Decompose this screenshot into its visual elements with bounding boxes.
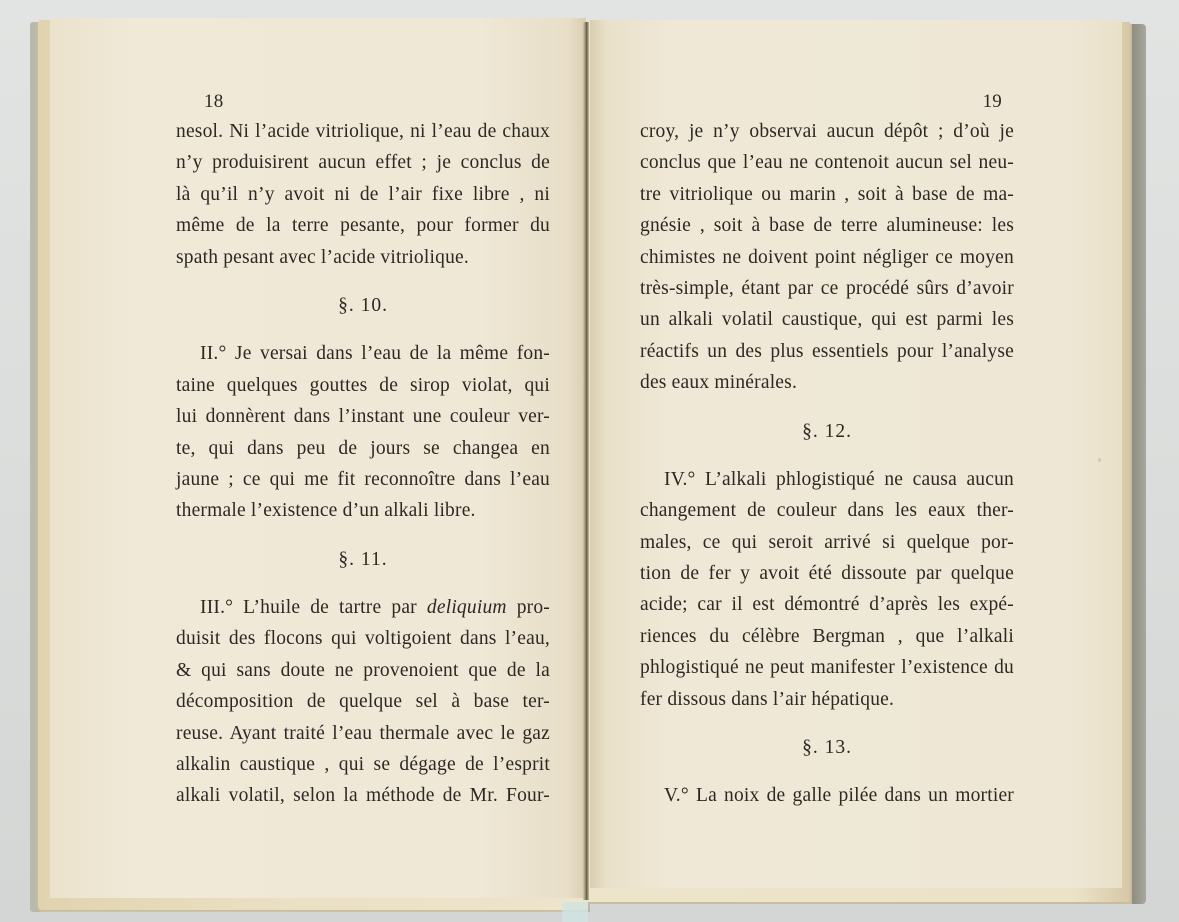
text-line: chimistes ne doivent point négliger ce m… xyxy=(640,242,1014,273)
text-line: très-simple, étant par ce procédé sûrs d… xyxy=(640,273,1014,304)
text-line: des eaux minérales. xyxy=(640,367,1014,398)
text-line: tion de fer y avoit été dissoute par que… xyxy=(640,558,1014,589)
text-line: acide; car il est démontré d’après les e… xyxy=(640,589,1014,620)
text-line: spath pesant avec l’acide vitriolique. xyxy=(176,242,550,273)
ribbon-marker xyxy=(562,902,588,922)
text-line: alkali volatil, selon la méthode de Mr. … xyxy=(176,780,550,811)
page-number-right: 19 xyxy=(640,86,1014,116)
text-line: phlogistiqué ne peut manifester l’existe… xyxy=(640,652,1014,683)
text-line: conclus que l’eau ne contenoit aucun sel… xyxy=(640,147,1014,178)
text-line: alkalin caustique , qui se dégage de l’e… xyxy=(176,749,550,780)
text-line: là qu’il n’y avoit ni de l’air fixe libr… xyxy=(176,179,550,210)
text-line: reuse. Ayant traité l’eau thermale avec … xyxy=(176,718,550,749)
text-line: croy, je n’y observai aucun dépôt ; d’où… xyxy=(640,116,1014,147)
left-page-text: 18 nesol. Ni l’acide vitriolique, ni l’e… xyxy=(176,86,550,812)
text-line: nesol. Ni l’acide vitriolique, ni l’eau … xyxy=(176,116,550,147)
section-heading-11: §. 11. xyxy=(176,544,550,575)
text-line: II.° Je versai dans l’eau de la même fon… xyxy=(176,338,550,369)
text-line: jaune ; ce qui me fit reconnoître dans l… xyxy=(176,464,550,495)
text-line: taine quelques gouttes de sirop violat, … xyxy=(176,370,550,401)
text-line: décomposition de quelque sel à base ter- xyxy=(176,686,550,717)
text-line: un alkali volatil caustique, qui est par… xyxy=(640,304,1014,335)
section-heading-13: §. 13. xyxy=(640,732,1014,763)
text-line: n’y produisirent aucun effet ; je conclu… xyxy=(176,147,550,178)
text-line: te, qui dans peu de jours se changea en xyxy=(176,433,550,464)
text-line: V.° La noix de galle pilée dans un morti… xyxy=(640,780,1014,811)
text-line: thermale l’existence d’un alkali libre. xyxy=(176,495,550,526)
text-line: lui donnèrent dans l’instant une couleur… xyxy=(176,401,550,432)
italic-term: deliquium xyxy=(427,597,507,618)
text-run: pro- xyxy=(507,597,550,618)
book-gutter xyxy=(583,22,589,900)
text-line: III.° L’huile de tartre par deliquium pr… xyxy=(176,592,550,623)
paper-spot xyxy=(1098,458,1101,462)
page-number-left: 18 xyxy=(176,86,550,116)
text-line: IV.° L’alkali phlogistiqué ne causa aucu… xyxy=(640,464,1014,495)
text-run: III.° L’huile de tartre par xyxy=(200,597,427,618)
text-line: & qui sans doute ne provenoient que de l… xyxy=(176,655,550,686)
text-line: duisit des flocons qui voltigoient dans … xyxy=(176,623,550,654)
text-line: changement de couleur dans les eaux ther… xyxy=(640,495,1014,526)
open-book: 18 nesol. Ni l’acide vitriolique, ni l’e… xyxy=(0,0,1179,922)
text-line: réactifs un des plus essentiels pour l’a… xyxy=(640,336,1014,367)
section-heading-12: §. 12. xyxy=(640,416,1014,447)
text-line: fer dissous dans l’air hépatique. xyxy=(640,684,1014,715)
text-line: même de la terre pesante, pour former du xyxy=(176,210,550,241)
right-page-text: 19 croy, je n’y observai aucun dépôt ; d… xyxy=(640,86,1014,812)
text-line: males, ce qui seroit arrivé si quelque p… xyxy=(640,527,1014,558)
text-line: gnésie , soit à base de terre alumineuse… xyxy=(640,210,1014,241)
text-line: tre vitriolique ou marin , soit à base d… xyxy=(640,179,1014,210)
section-heading-10: §. 10. xyxy=(176,290,550,321)
text-line: riences du célèbre Bergman , que l’alkal… xyxy=(640,621,1014,652)
